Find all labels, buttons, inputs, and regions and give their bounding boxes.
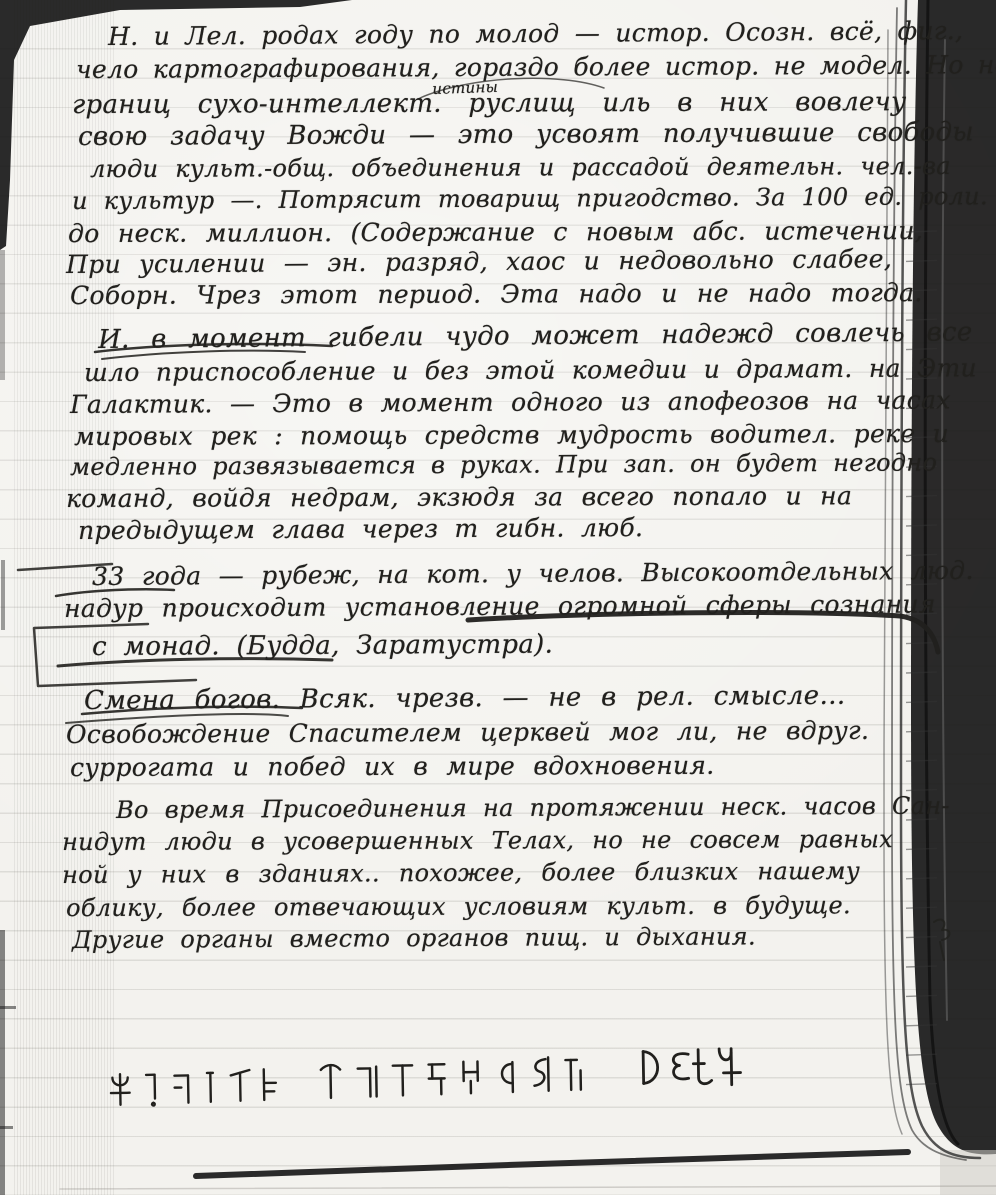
handwritten-line: При усилении — эн. разряд, хаос и недово… — [66, 244, 892, 279]
handwritten-line: и культур —. Потрясит товарищ пригодство… — [72, 182, 988, 215]
handwritten-line: предыдущем глава через т гибн. люб. — [78, 513, 643, 545]
handwritten-line: границ сухо-интеллект. руслищ иль в них … — [72, 87, 907, 120]
handwritten-line: чело картографирования, гораздо более ис… — [76, 50, 996, 84]
handwritten-line: суррогата и побед их в мире вдохновения. — [70, 751, 715, 782]
handwritten-line: Освобождение Спасителем церквей мог ли, … — [66, 716, 869, 749]
handwritten-line: с монад. (Будда, Заратустра). — [92, 630, 553, 662]
section-heading-line: Смена богов. Всяк. чрезв. — не в рел. см… — [84, 681, 846, 716]
handwritten-line: ной у них в зданиях.. похожее, более бли… — [62, 857, 860, 889]
handwritten-line: медленно развязывается в руках. При зап.… — [70, 448, 937, 481]
handwritten-line: Соборн. Чрез этот период. Эта надо и не … — [70, 278, 923, 310]
section-heading-line: 33 года — рубеж, на кот. у челов. Высоко… — [92, 556, 974, 591]
handwritten-line: команд, войдя недрам, экзюдя за всего по… — [66, 481, 852, 513]
scanned-page: Н. и Лел. родах году по молод — истор. О… — [0, 0, 996, 1195]
handwritten-line: надур происходит установление огромной с… — [64, 589, 936, 623]
section-heading-line: И. в момент гибели чудо может надежд сов… — [98, 317, 973, 355]
handwritten-line: люди культ.-общ. объединения и рассадой … — [90, 152, 951, 183]
handwritten-text-layer: Н. и Лел. родах году по молод — истор. О… — [0, 0, 996, 1195]
handwritten-line: Галактик. — Это в момент одного из апофе… — [70, 385, 951, 419]
handwritten-line: мировых рек : помощь средств мудрость во… — [74, 419, 949, 451]
handwritten-line: нидут люди в усовершенных Телах, но не с… — [62, 825, 893, 856]
handwritten-line: Другие органы вместо органов пищ. и дыха… — [72, 922, 756, 954]
handwritten-line: Н. и Лел. родах году по молод — истор. О… — [108, 16, 963, 51]
handwritten-line: шло приспособление и без этой комедии и … — [84, 353, 977, 387]
handwritten-line: Во время Присоединения на протяжении нес… — [116, 792, 950, 824]
handwritten-line: свою задачу Вожди — это усвоят получивши… — [78, 117, 974, 152]
handwritten-line: облику, более отвечающих условиям культ.… — [66, 891, 851, 922]
handwritten-line: до неск. миллион. (Содержание с новым аб… — [68, 216, 923, 248]
